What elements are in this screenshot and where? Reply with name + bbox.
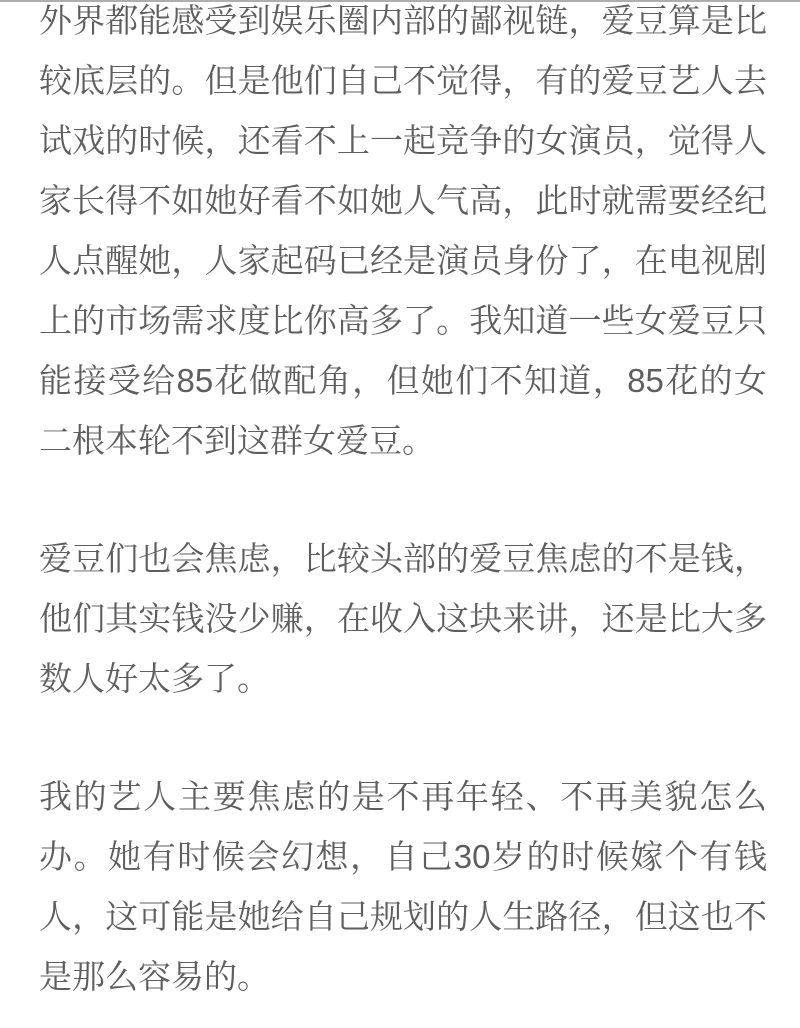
article-paragraph-1: 外界都能感受到娱乐圈内部的鄙视链，爱豆算是比较底层的。但是他们自己不觉得，有的爱… [39,2,767,471]
article-body[interactable]: 外界都能感受到娱乐圈内部的鄙视链，爱豆算是比较底层的。但是他们自己不觉得，有的爱… [0,2,800,1007]
article-paragraph-2: 爱豆们也会焦虑，比较头部的爱豆焦虑的不是钱，他们其实钱没少赚，在收入这块来讲，还… [39,529,767,709]
article-paragraph-3: 我的艺人主要焦虑的是不再年轻、不再美貌怎么办。她有时候会幻想，自己30岁的时候嫁… [39,767,767,1007]
